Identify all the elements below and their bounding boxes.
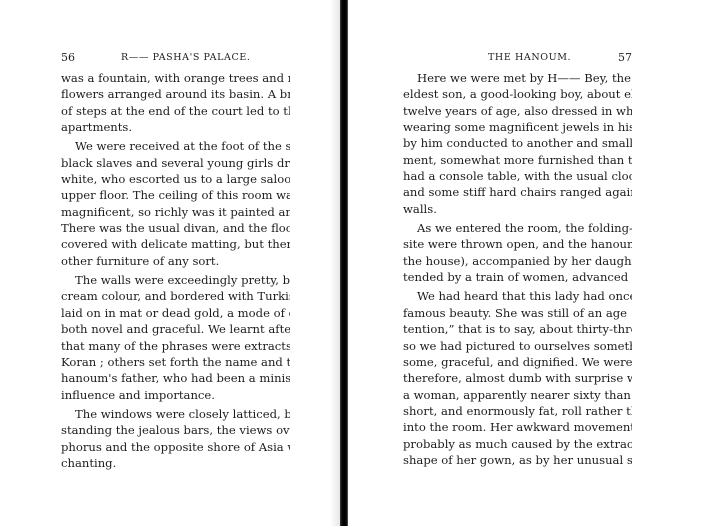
text-line: into the room. Her awkward movements wer… [403, 419, 632, 435]
text-line: the house), accompanied by her daughter,… [403, 253, 632, 269]
text-line: We had heard that this lady had once bee… [403, 288, 632, 304]
left-running-head: 56 R—— PASHA'S PALACE. [61, 51, 290, 65]
text-line: tended by a train of women, advanced to … [403, 269, 632, 285]
text-line: Here we were met by H—— Bey, the Pasha's [403, 70, 632, 86]
text-line: some, graceful, and dignified. We were s… [403, 354, 632, 370]
text-line: standing the jealous bars, the views ove… [61, 422, 290, 438]
left-running-head-title: R—— PASHA'S PALACE. [121, 51, 251, 65]
text-line: so we had pictured to ourselves somethin… [403, 338, 632, 354]
paragraph: As we entered the room, the folding-door… [403, 220, 632, 285]
right-running-head-title: THE HANOUM. [488, 51, 571, 65]
text-line: site were thrown open, and the hanoum (l… [403, 236, 632, 252]
text-line: The windows were closely latticed, but n… [61, 406, 290, 422]
text-line: As we entered the room, the folding-door… [403, 220, 632, 236]
text-line: short, and enormously fat, roll rather t… [403, 403, 632, 419]
text-line: a woman, apparently nearer sixty than th… [403, 387, 632, 403]
text-line: walls. [403, 201, 632, 217]
text-line: upper floor. The ceiling of this room wa… [61, 187, 290, 203]
text-line: had a console table, with the usual cloc… [403, 168, 632, 184]
text-line: was a fountain, with orange trees and ma… [61, 70, 290, 86]
text-line: hanoum's father, who had been a minister… [61, 370, 290, 386]
text-line: phorus and the opposite shore of Asia we… [61, 439, 290, 455]
right-page: THE HANOUM. 57 Here we were met by H—— B… [348, 0, 702, 526]
text-line: therefore, almost dumb with surprise whe… [403, 370, 632, 386]
paragraph: was a fountain, with orange trees and ma… [61, 70, 290, 135]
text-line: The walls were exceedingly pretty, being… [61, 272, 290, 288]
text-line: other furniture of any sort. [61, 253, 290, 269]
text-line: influence and importance. [61, 387, 290, 403]
text-line: chanting. [61, 455, 290, 471]
text-line: flowers arranged around its basin. A bro… [61, 86, 290, 102]
text-line: eldest son, a good-looking boy, about el… [403, 86, 632, 102]
left-page: 56 R—— PASHA'S PALACE. was a fountain, w… [0, 0, 342, 526]
text-line: apartments. [61, 119, 290, 135]
gutter-shadow [330, 0, 340, 526]
text-line: We were received at the foot of the stai… [61, 138, 290, 154]
text-line: twelve years of age, also dressed in whi… [403, 103, 632, 119]
text-line: famous beauty. She was still of an age “… [403, 305, 632, 321]
text-line: tention,” that is to say, about thirty-t… [403, 321, 632, 337]
paragraph: Here we were met by H—— Bey, the Pasha's… [403, 70, 632, 217]
text-line: both novel and graceful. We learnt after… [61, 321, 290, 337]
paragraph: We had heard that this lady had once bee… [403, 288, 632, 468]
text-line: There was the usual divan, and the floor… [61, 220, 290, 236]
right-running-head: THE HANOUM. 57 [403, 51, 632, 65]
text-line: Koran ; others set forth the name and ti… [61, 354, 290, 370]
text-line: of steps at the end of the court led to … [61, 103, 290, 119]
text-line: shape of her gown, as by her unusual siz… [403, 452, 632, 468]
paragraph: We were received at the foot of the stai… [61, 138, 290, 269]
right-body-text: Here we were met by H—— Bey, the Pasha's… [403, 70, 632, 471]
book-gutter [340, 0, 348, 526]
text-line: by him conducted to another and smaller … [403, 135, 632, 151]
book-spread: 56 R—— PASHA'S PALACE. was a fountain, w… [0, 0, 702, 526]
text-line: that many of the phrases were extracts f… [61, 338, 290, 354]
text-line: black slaves and several young girls dre… [61, 155, 290, 171]
text-line: white, who escorted us to a large saloon… [61, 171, 290, 187]
text-line: covered with delicate matting, but there… [61, 236, 290, 252]
text-line: magnificent, so richly was it painted an… [61, 204, 290, 220]
left-page-number: 56 [61, 51, 75, 65]
left-body-text: was a fountain, with orange trees and ma… [61, 70, 290, 474]
text-line: and some stiff hard chairs ranged agains… [403, 184, 632, 200]
text-line: cream colour, and bordered with Turkish … [61, 288, 290, 304]
paragraph: The windows were closely latticed, but n… [61, 406, 290, 471]
text-line: probably as much caused by the extraordi… [403, 436, 632, 452]
text-line: wearing some magnificent jewels in his f… [403, 119, 632, 135]
text-line: laid on in mat or dead gold, a mode of d… [61, 305, 290, 321]
paragraph: The walls were exceedingly pretty, being… [61, 272, 290, 403]
text-line: ment, somewhat more furnished than the f… [403, 152, 632, 168]
right-page-number: 57 [618, 51, 632, 65]
